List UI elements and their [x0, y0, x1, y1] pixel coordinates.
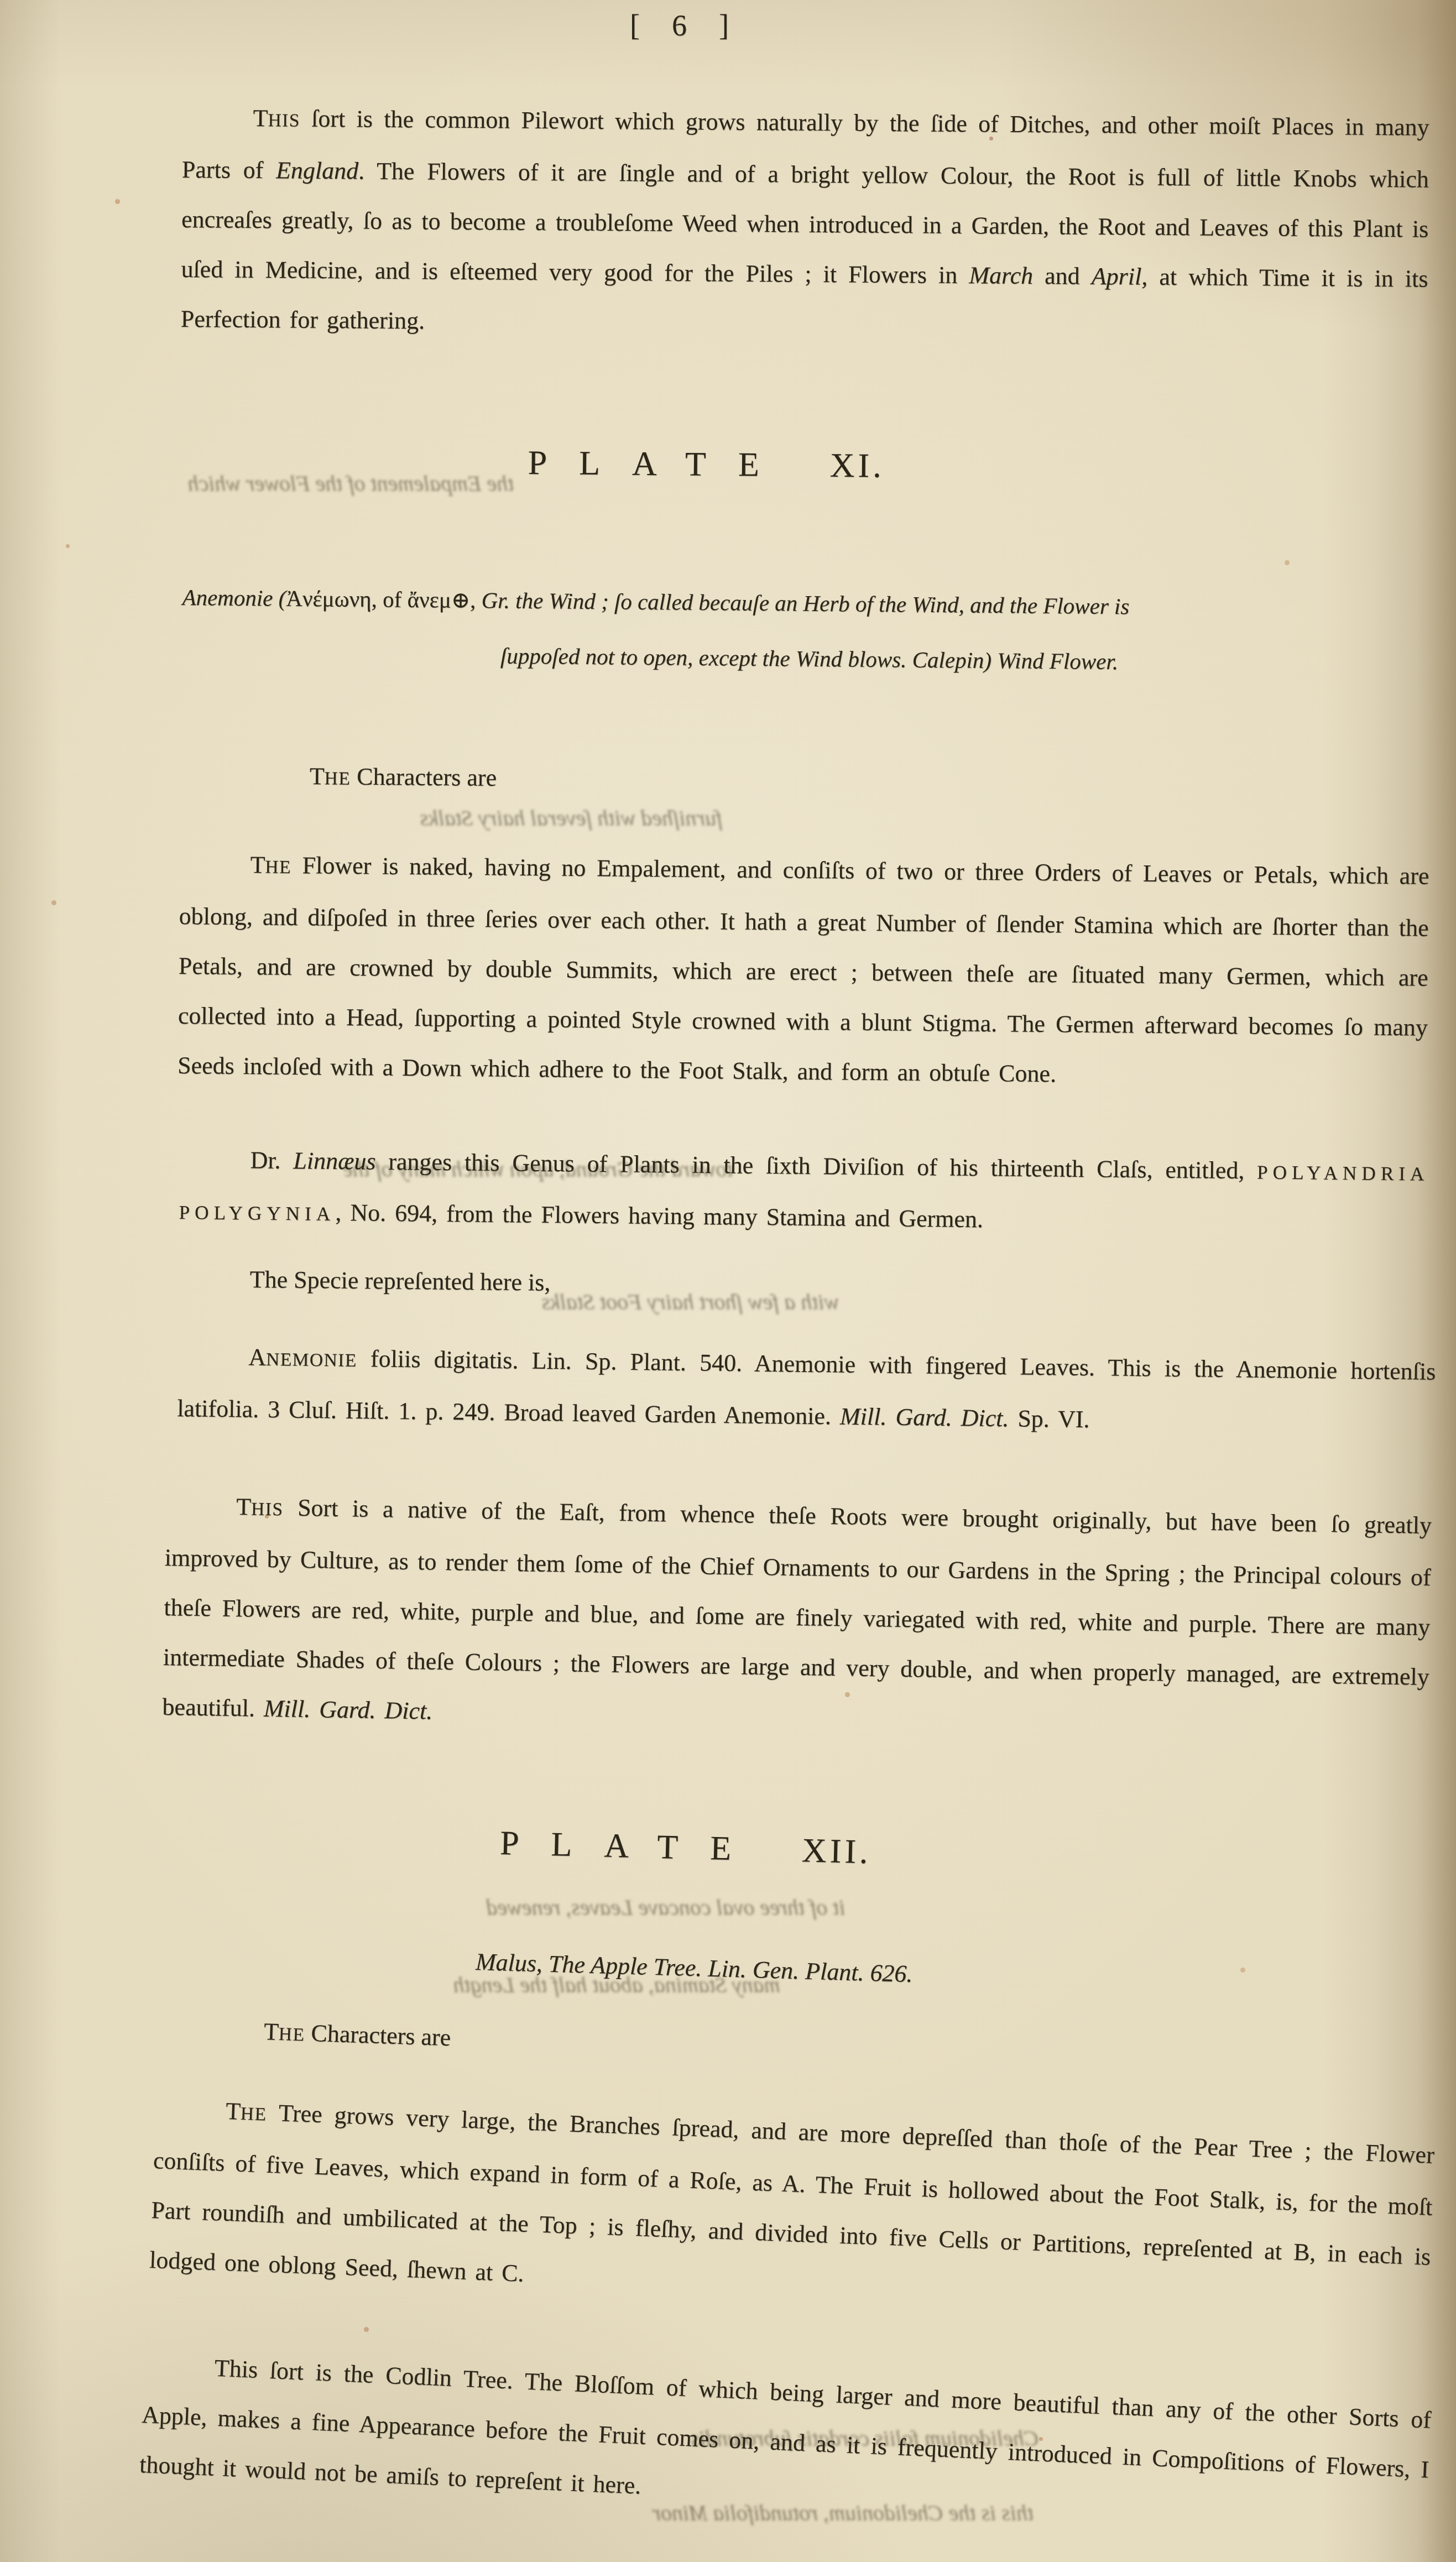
greek-text: Ἀνέμωνη, of ἄνεμ⊕,	[286, 586, 476, 613]
anemonie-etymology: Anemonie (Ἀνέμωνη, of ἄνεμ⊕, Gr. the Win…	[181, 570, 1438, 692]
paragraph-this-sort-east: THIS Sort is a native of the Eaſt, from …	[162, 1481, 1432, 1752]
paragraph-pilewort: THIS ſort is the common Pilewort which g…	[180, 93, 1429, 354]
specie-intro-line: The Specie repreſented here is,	[249, 1265, 550, 1297]
bleedthrough-text: it of three oval concave Leaves, renewed	[487, 1894, 846, 1920]
book-page: the Empalement of the Flower which furni…	[0, 0, 1456, 2562]
page-number-bracket-right: ]	[719, 3, 729, 48]
paragraph-anemonie-species: ANEMONIE foliis digitatis. Lin. Sp. Plan…	[177, 1332, 1436, 1449]
paragraph-flower-description: THE Flower is naked, having no Empalemen…	[178, 839, 1429, 1103]
bleedthrough-text: the Empalement of the Flower which	[188, 470, 514, 496]
plate-word: PLATE	[528, 444, 791, 484]
paragraph-apple-tree: THE Tree grows very large, the Branches …	[149, 2084, 1436, 2332]
characters-heading-1: THE Characters are	[310, 762, 497, 792]
plate-number: XII.	[801, 1832, 871, 1871]
plate-word: PLATE	[499, 1824, 764, 1869]
page-number: [6]	[0, 3, 1407, 48]
plate-number: XI.	[829, 447, 885, 485]
paragraph-codlin-tree: This ſort is the Codlin Tree. The Bloſſo…	[138, 2340, 1432, 2544]
bleedthrough-text: with a few ſhort hairy Foot Stalks	[542, 1288, 839, 1314]
plate-11-heading: PLATEXI.	[528, 443, 885, 486]
characters-heading-2: THE Characters are	[263, 2017, 451, 2052]
page-number-value: 6	[672, 3, 687, 48]
paper-foxing-specks	[0, 0, 3, 3]
plate-12-heading: PLATEXII.	[499, 1824, 871, 1871]
bleedthrough-text: furniſhed with ſeveral hairy Stalks	[420, 805, 723, 831]
page-number-bracket-left: [	[630, 3, 640, 48]
paragraph-linnaeus: Dr. Linnæus ranges this Genus of Plants …	[179, 1135, 1429, 1251]
